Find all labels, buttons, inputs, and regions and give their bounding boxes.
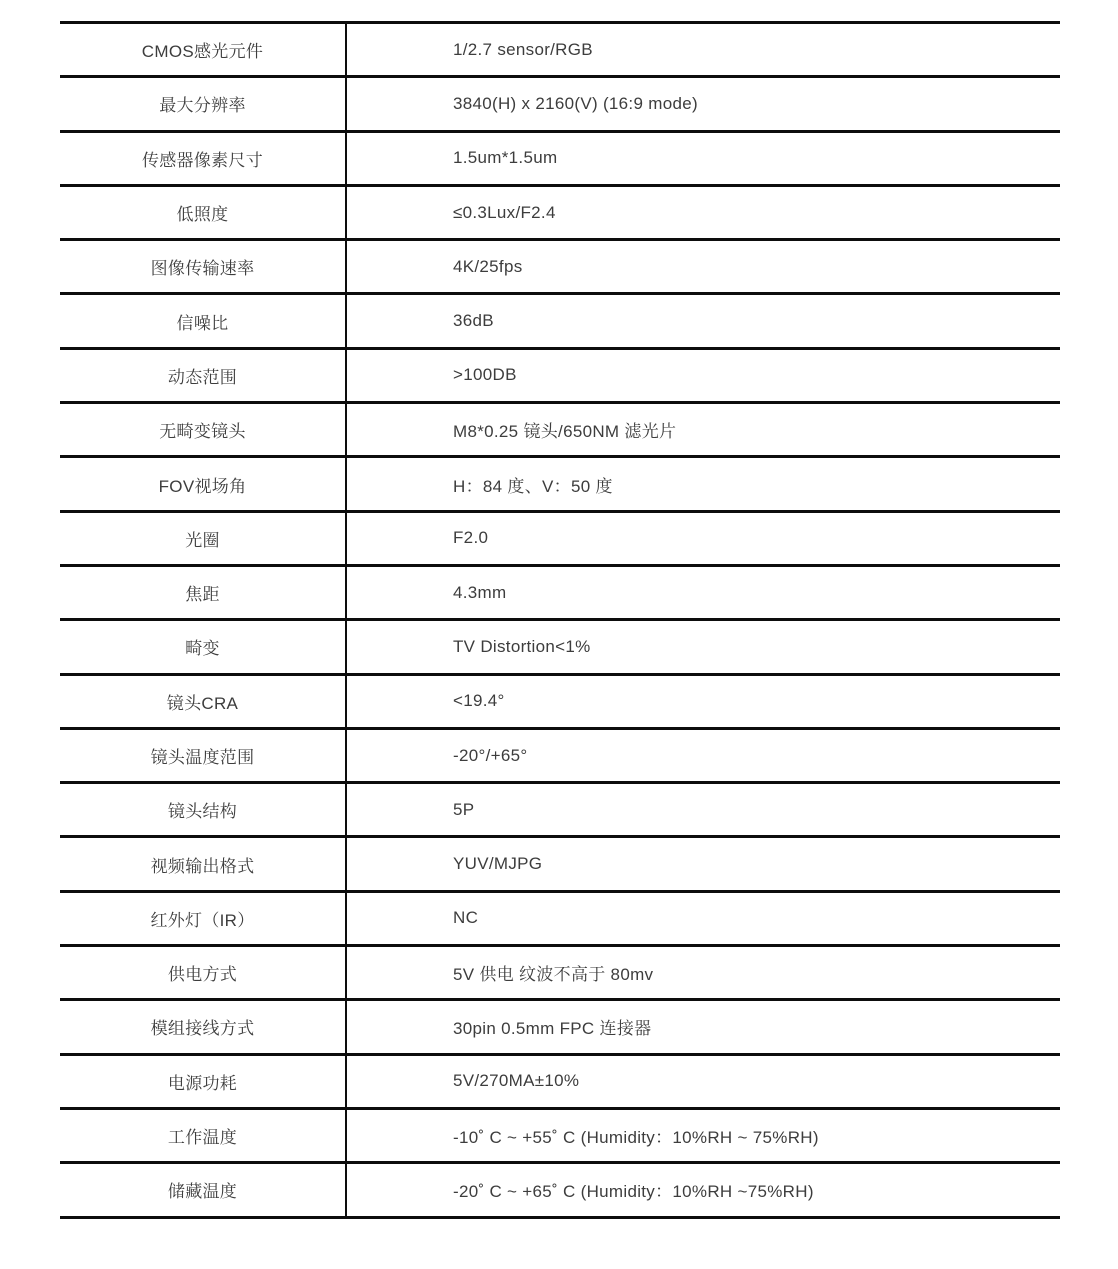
spec-value: TV Distortion<1% xyxy=(347,621,1060,672)
spec-value: -20˚ C ~ +65˚ C (Humidity：10%RH ~75%RH) xyxy=(347,1164,1060,1215)
spec-value: 36dB xyxy=(347,295,1060,346)
spec-label: 供电方式 xyxy=(60,947,347,998)
spec-value: <19.4° xyxy=(347,676,1060,727)
spec-value: 5V 供电 纹波不高于 80mv xyxy=(347,947,1060,998)
spec-table: CMOS感光元件 1/2.7 sensor/RGB 最大分辨率 3840(H) … xyxy=(60,21,1060,1219)
table-row: 供电方式 5V 供电 纹波不高于 80mv xyxy=(60,947,1060,1001)
spec-label: 视频输出格式 xyxy=(60,838,347,889)
spec-label: 镜头温度范围 xyxy=(60,730,347,781)
spec-value: 5P xyxy=(347,784,1060,835)
spec-label: 低照度 xyxy=(60,187,347,238)
table-row: CMOS感光元件 1/2.7 sensor/RGB xyxy=(60,24,1060,78)
table-row: 电源功耗 5V/270MA±10% xyxy=(60,1056,1060,1110)
table-row: FOV视场角 H：84 度、V：50 度 xyxy=(60,458,1060,512)
spec-value: 4K/25fps xyxy=(347,241,1060,292)
spec-value: 1.5um*1.5um xyxy=(347,133,1060,184)
spec-value: 3840(H) x 2160(V) (16:9 mode) xyxy=(347,78,1060,129)
table-row: 镜头温度范围 -20°/+65° xyxy=(60,730,1060,784)
spec-value: NC xyxy=(347,893,1060,944)
table-row: 无畸变镜头 M8*0.25 镜头/650NM 滤光片 xyxy=(60,404,1060,458)
table-row: 低照度 ≤0.3Lux/F2.4 xyxy=(60,187,1060,241)
spec-label: 焦距 xyxy=(60,567,347,618)
spec-value: -20°/+65° xyxy=(347,730,1060,781)
spec-label: 信噪比 xyxy=(60,295,347,346)
table-row: 动态范围 >100DB xyxy=(60,350,1060,404)
spec-label: 最大分辨率 xyxy=(60,78,347,129)
spec-label: 储藏温度 xyxy=(60,1164,347,1215)
spec-value: F2.0 xyxy=(347,513,1060,564)
spec-label: 镜头CRA xyxy=(60,676,347,727)
table-row: 畸变 TV Distortion<1% xyxy=(60,621,1060,675)
table-row: 传感器像素尺寸 1.5um*1.5um xyxy=(60,133,1060,187)
table-row: 工作温度 -10˚ C ~ +55˚ C (Humidity：10%RH ~ 7… xyxy=(60,1110,1060,1164)
table-row: 最大分辨率 3840(H) x 2160(V) (16:9 mode) xyxy=(60,78,1060,132)
spec-value: ≤0.3Lux/F2.4 xyxy=(347,187,1060,238)
spec-label: 传感器像素尺寸 xyxy=(60,133,347,184)
spec-label: 镜头结构 xyxy=(60,784,347,835)
table-row: 镜头结构 5P xyxy=(60,784,1060,838)
spec-value: 30pin 0.5mm FPC 连接器 xyxy=(347,1001,1060,1052)
spec-value: >100DB xyxy=(347,350,1060,401)
table-row: 储藏温度 -20˚ C ~ +65˚ C (Humidity：10%RH ~75… xyxy=(60,1164,1060,1218)
table-row: 信噪比 36dB xyxy=(60,295,1060,349)
spec-value: 1/2.7 sensor/RGB xyxy=(347,24,1060,75)
table-row: 视频输出格式 YUV/MJPG xyxy=(60,838,1060,892)
spec-value: 4.3mm xyxy=(347,567,1060,618)
spec-label: FOV视场角 xyxy=(60,458,347,509)
table-row: 镜头CRA <19.4° xyxy=(60,676,1060,730)
spec-value: H：84 度、V：50 度 xyxy=(347,458,1060,509)
spec-label: 畸变 xyxy=(60,621,347,672)
spec-label: CMOS感光元件 xyxy=(60,24,347,75)
spec-value: -10˚ C ~ +55˚ C (Humidity：10%RH ~ 75%RH) xyxy=(347,1110,1060,1161)
table-row: 光圈 F2.0 xyxy=(60,513,1060,567)
spec-label: 动态范围 xyxy=(60,350,347,401)
spec-value: 5V/270MA±10% xyxy=(347,1056,1060,1107)
spec-value: YUV/MJPG xyxy=(347,838,1060,889)
spec-label: 电源功耗 xyxy=(60,1056,347,1107)
table-row: 图像传输速率 4K/25fps xyxy=(60,241,1060,295)
spec-label: 光圈 xyxy=(60,513,347,564)
table-row: 红外灯（IR） NC xyxy=(60,893,1060,947)
spec-label: 工作温度 xyxy=(60,1110,347,1161)
spec-label: 模组接线方式 xyxy=(60,1001,347,1052)
spec-label: 红外灯（IR） xyxy=(60,893,347,944)
table-row: 模组接线方式 30pin 0.5mm FPC 连接器 xyxy=(60,1001,1060,1055)
spec-label: 图像传输速率 xyxy=(60,241,347,292)
spec-value: M8*0.25 镜头/650NM 滤光片 xyxy=(347,404,1060,455)
table-row: 焦距 4.3mm xyxy=(60,567,1060,621)
spec-label: 无畸变镜头 xyxy=(60,404,347,455)
